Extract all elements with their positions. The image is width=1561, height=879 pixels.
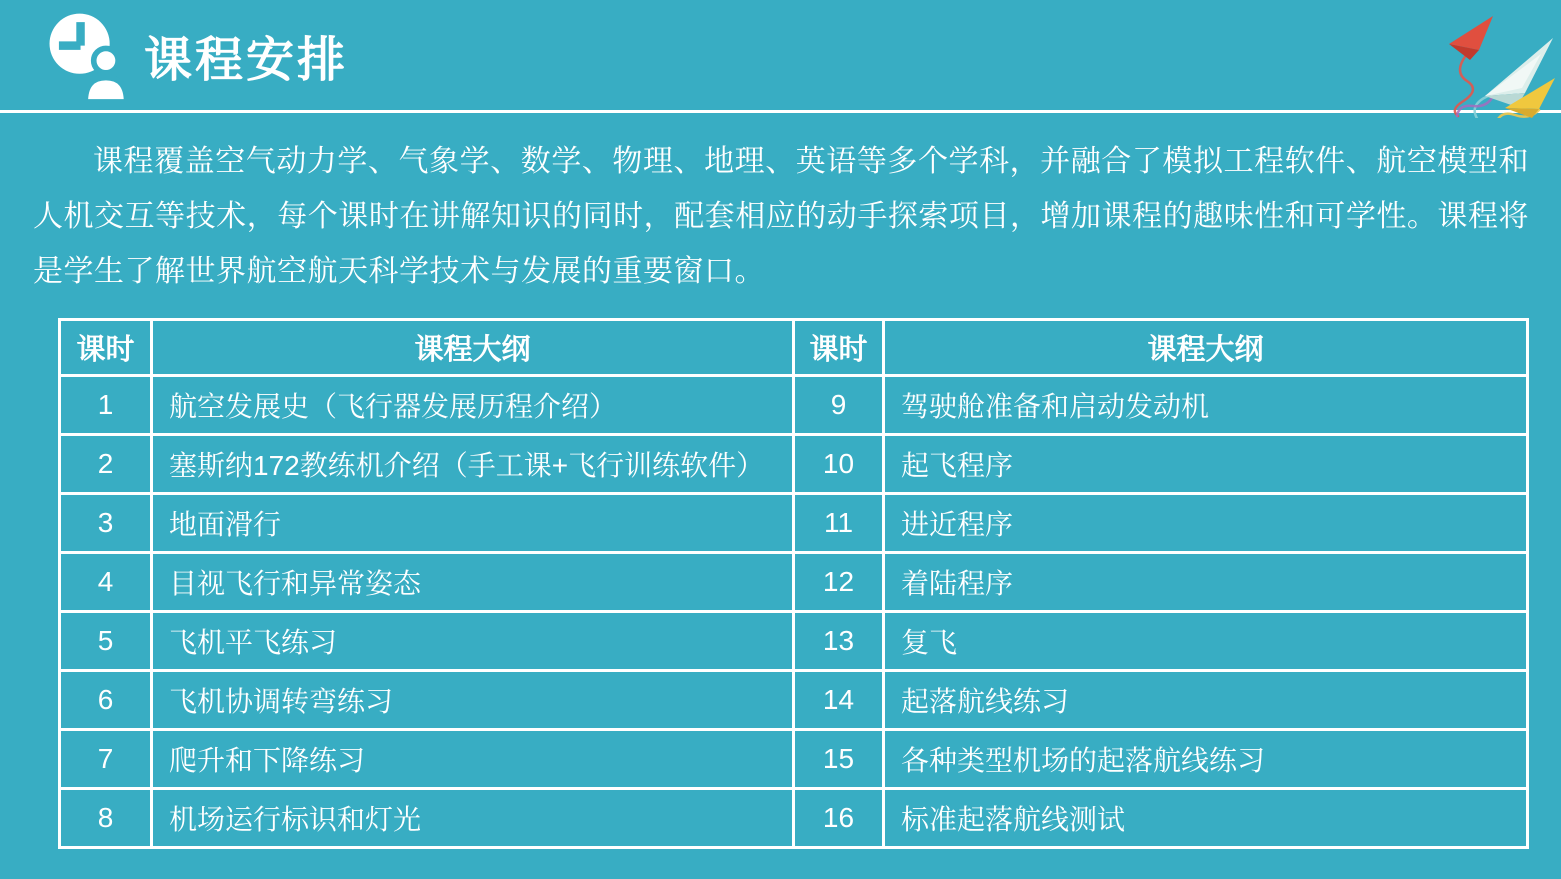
table-row: 3 地面滑行 11 进近程序 (60, 494, 1528, 553)
lesson-number-cell: 4 (60, 553, 152, 612)
lesson-number-cell: 5 (60, 612, 152, 671)
lesson-number-cell: 1 (60, 376, 152, 435)
lesson-number-cell: 10 (794, 435, 884, 494)
lesson-topic-cell: 起落航线练习 (884, 671, 1528, 730)
lesson-topic-cell: 地面滑行 (152, 494, 794, 553)
lesson-topic-cell: 复飞 (884, 612, 1528, 671)
lesson-topic-cell: 目视飞行和异常姿态 (152, 553, 794, 612)
lesson-number-cell: 8 (60, 789, 152, 848)
lesson-topic-cell: 进近程序 (884, 494, 1528, 553)
column-header-outline: 课程大纲 (152, 320, 794, 376)
table-header-row: 课时 课程大纲 课时 课程大纲 (60, 320, 1528, 376)
lesson-topic-cell: 标准起落航线测试 (884, 789, 1528, 848)
lesson-number-cell: 7 (60, 730, 152, 789)
lesson-topic-cell: 机场运行标识和灯光 (152, 789, 794, 848)
lesson-number-cell: 2 (60, 435, 152, 494)
lesson-number-cell: 11 (794, 494, 884, 553)
lesson-number-cell: 15 (794, 730, 884, 789)
lesson-number-cell: 14 (794, 671, 884, 730)
page-title: 课程安排 (144, 21, 348, 90)
table-row: 1 航空发展史（飞行器发展历程介绍） 9 驾驶舱准备和启动发动机 (60, 376, 1528, 435)
lesson-number-cell: 16 (794, 789, 884, 848)
lesson-number-cell: 12 (794, 553, 884, 612)
table-row: 8 机场运行标识和灯光 16 标准起落航线测试 (60, 789, 1528, 848)
lesson-topic-cell: 各种类型机场的起落航线练习 (884, 730, 1528, 789)
lesson-topic-cell: 爬升和下降练习 (152, 730, 794, 789)
lesson-number-cell: 13 (794, 612, 884, 671)
column-header-lesson: 课时 (794, 320, 884, 376)
table-row: 5 飞机平飞练习 13 复飞 (60, 612, 1528, 671)
course-schedule-table: 课时 课程大纲 课时 课程大纲 1 航空发展史（飞行器发展历程介绍） 9 驾驶舱… (58, 318, 1529, 849)
clock-person-icon (42, 8, 136, 102)
table-row: 6 飞机协调转弯练习 14 起落航线练习 (60, 671, 1528, 730)
table-row: 4 目视飞行和异常姿态 12 着陆程序 (60, 553, 1528, 612)
lesson-number-cell: 9 (794, 376, 884, 435)
intro-paragraph: 课程覆盖空气动力学、气象学、数学、物理、地理、英语等多个学科，并融合了模拟工程软… (33, 134, 1529, 299)
column-header-outline: 课程大纲 (884, 320, 1528, 376)
paper-planes-icon (1391, 0, 1559, 118)
lesson-topic-cell: 驾驶舱准备和启动发动机 (884, 376, 1528, 435)
table-row: 2 塞斯纳172教练机介绍（手工课+飞行训练软件） 10 起飞程序 (60, 435, 1528, 494)
lesson-topic-cell: 起飞程序 (884, 435, 1528, 494)
header-bar: 课程安排 (0, 0, 1561, 113)
lesson-topic-cell: 航空发展史（飞行器发展历程介绍） (152, 376, 794, 435)
lesson-topic-cell: 着陆程序 (884, 553, 1528, 612)
slide-course-schedule: 课程安排 课程覆盖空气动力学、气象学、数学、物理、地理、英语等多个学科，并融合了… (0, 0, 1561, 879)
lesson-number-cell: 3 (60, 494, 152, 553)
lesson-topic-cell: 飞机平飞练习 (152, 612, 794, 671)
table-row: 7 爬升和下降练习 15 各种类型机场的起落航线练习 (60, 730, 1528, 789)
column-header-lesson: 课时 (60, 320, 152, 376)
lesson-topic-cell: 飞机协调转弯练习 (152, 671, 794, 730)
lesson-number-cell: 6 (60, 671, 152, 730)
lesson-topic-cell: 塞斯纳172教练机介绍（手工课+飞行训练软件） (152, 435, 794, 494)
